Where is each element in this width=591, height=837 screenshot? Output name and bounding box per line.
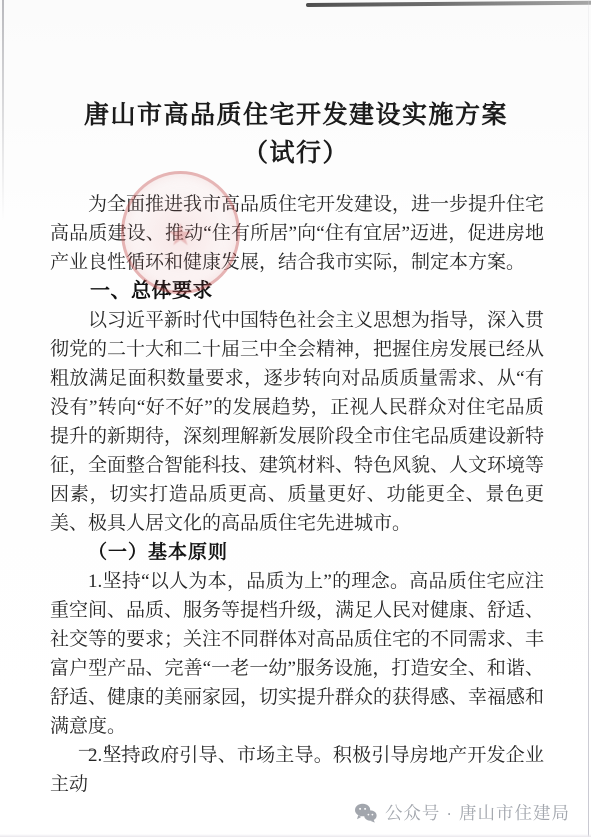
scan-edge-top bbox=[306, 1, 591, 7]
sub-heading: （一）基本原则 bbox=[50, 538, 544, 567]
document-page: 唐山市高品质住宅开发建设实施方案 （试行） ★ 为全面推进我市高品质住宅开发建设… bbox=[0, 0, 591, 837]
watermark-text: 公众号 · 唐山市住建局 bbox=[385, 800, 570, 825]
scan-edge-right bbox=[588, 0, 590, 837]
watermark: 公众号 · 唐山市住建局 bbox=[354, 800, 570, 825]
paragraph: 以习近平新时代中国特色社会主义思想为指导，深入贯彻党的二十大和二十届三中全会精神… bbox=[50, 306, 544, 538]
doc-subtitle: （试行） bbox=[50, 135, 542, 173]
scan-edge-left bbox=[2, 0, 4, 220]
doc-title: 唐山市高品质住宅开发建设实施方案 bbox=[50, 97, 542, 135]
paragraph: 1.坚持“以人为本，品质为上”的理念。高品质住宅应注重空间、品质、服务等提档升级… bbox=[50, 567, 544, 741]
doc-body: 为全面推进我市高品质住宅开发建设，进一步提升住宅高品质建设、推动“住有所居”向“… bbox=[50, 190, 544, 799]
doc-title-block: 唐山市高品质住宅开发建设实施方案 （试行） bbox=[50, 97, 542, 173]
section-heading: 一、总体要求 bbox=[50, 277, 544, 306]
wechat-icon bbox=[354, 803, 378, 823]
page-number: — 4 — bbox=[79, 742, 139, 759]
paragraph: 为全面推进我市高品质住宅开发建设，进一步提升住宅高品质建设、推动“住有所居”向“… bbox=[50, 190, 544, 277]
